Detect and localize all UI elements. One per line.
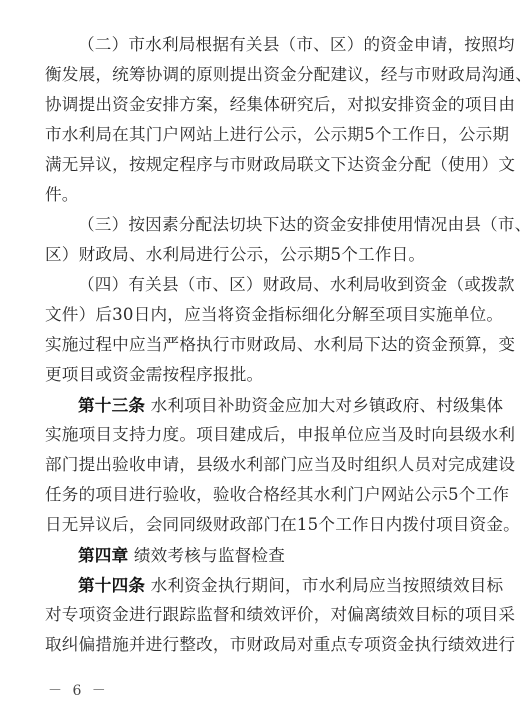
paragraph-item-3: （三）按因素分配法切块下达的资金安排使用情况由县（市、 区）财政局、水利局进行公…: [45, 210, 482, 270]
paragraph-item-2: （二）市水利局根据有关县（市、区）的资金申请，按照均 衡发展，统筹协调的原则提出…: [45, 30, 482, 210]
text-line: （二）市水利局根据有关县（市、区）的资金申请，按照均: [45, 30, 482, 60]
text-line: 满无异议，按规定程序与市财政局联文下达资金分配（使用）文: [45, 150, 482, 180]
text-line: 第十四条 水利资金执行期间，市水利局应当按照绩效目标: [45, 570, 482, 600]
paragraph-item-4: （四）有关县（市、区）财政局、水利局收到资金（或拨款 文件）后30日内，应当将资…: [45, 270, 482, 390]
text-line: 任务的项目进行验收，验收合格经其水利门户网站公示5个工作: [45, 480, 482, 510]
text-line: 日无异议后，会同同级财政部门在15个工作日内拨付项目资金。: [45, 510, 482, 540]
text-line: 文件）后30日内，应当将资金指标细化分解至项目实施单位。: [45, 300, 482, 330]
text-line: 件。: [45, 180, 482, 210]
article-heading: 第十四条: [78, 575, 145, 595]
text-line: 市水利局在其门户网站上进行公示，公示期5个工作日，公示期: [45, 120, 482, 150]
text-line: 取纠偏措施并进行整改，市财政局对重点专项资金执行绩效进行: [45, 630, 482, 660]
chapter-heading: 第四章: [78, 545, 128, 565]
page-number: － 6 －: [48, 680, 109, 700]
article-heading: 第十三条: [78, 395, 145, 415]
text-line: （四）有关县（市、区）财政局、水利局收到资金（或拨款: [45, 270, 482, 300]
text-line: 部门提出验收申请，县级水利部门应当及时组织人员对完成建设: [45, 450, 482, 480]
text-line: 实施过程中应当严格执行市财政局、水利局下达的资金预算，变: [45, 330, 482, 360]
chapter-title: 绩效考核与监督检查: [134, 546, 285, 565]
chapter-4-heading: 第四章 绩效考核与监督检查: [45, 540, 482, 570]
text-line: 第十三条 水利项目补助资金应加大对乡镇政府、村级集体: [45, 390, 482, 420]
text-line: （三）按因素分配法切块下达的资金安排使用情况由县（市、: [45, 210, 482, 240]
article-text: 水利项目补助资金应加大对乡镇政府、村级集体: [151, 396, 504, 415]
text-line: 协调提出资金安排方案，经集体研究后，对拟安排资金的项目由: [45, 90, 482, 120]
text-line: 更项目或资金需按程序报批。: [45, 360, 482, 390]
article-14: 第十四条 水利资金执行期间，市水利局应当按照绩效目标 对专项资金进行跟踪监督和绩…: [45, 570, 482, 660]
article-13: 第十三条 水利项目补助资金应加大对乡镇政府、村级集体 实施项目支持力度。项目建成…: [45, 390, 482, 540]
text-line: 第四章 绩效考核与监督检查: [45, 540, 482, 570]
text-line: 实施项目支持力度。项目建成后，申报单位应当及时向县级水利: [45, 420, 482, 450]
document-page: （二）市水利局根据有关县（市、区）的资金申请，按照均 衡发展，统筹协调的原则提出…: [45, 30, 482, 660]
text-line: 衡发展，统筹协调的原则提出资金分配建议，经与市财政局沟通、: [45, 60, 482, 90]
article-text: 水利资金执行期间，市水利局应当按照绩效目标: [151, 576, 504, 595]
text-line: 对专项资金进行跟踪监督和绩效评价，对偏离绩效目标的项目采: [45, 600, 482, 630]
text-line: 区）财政局、水利局进行公示，公示期5个工作日。: [45, 240, 482, 270]
